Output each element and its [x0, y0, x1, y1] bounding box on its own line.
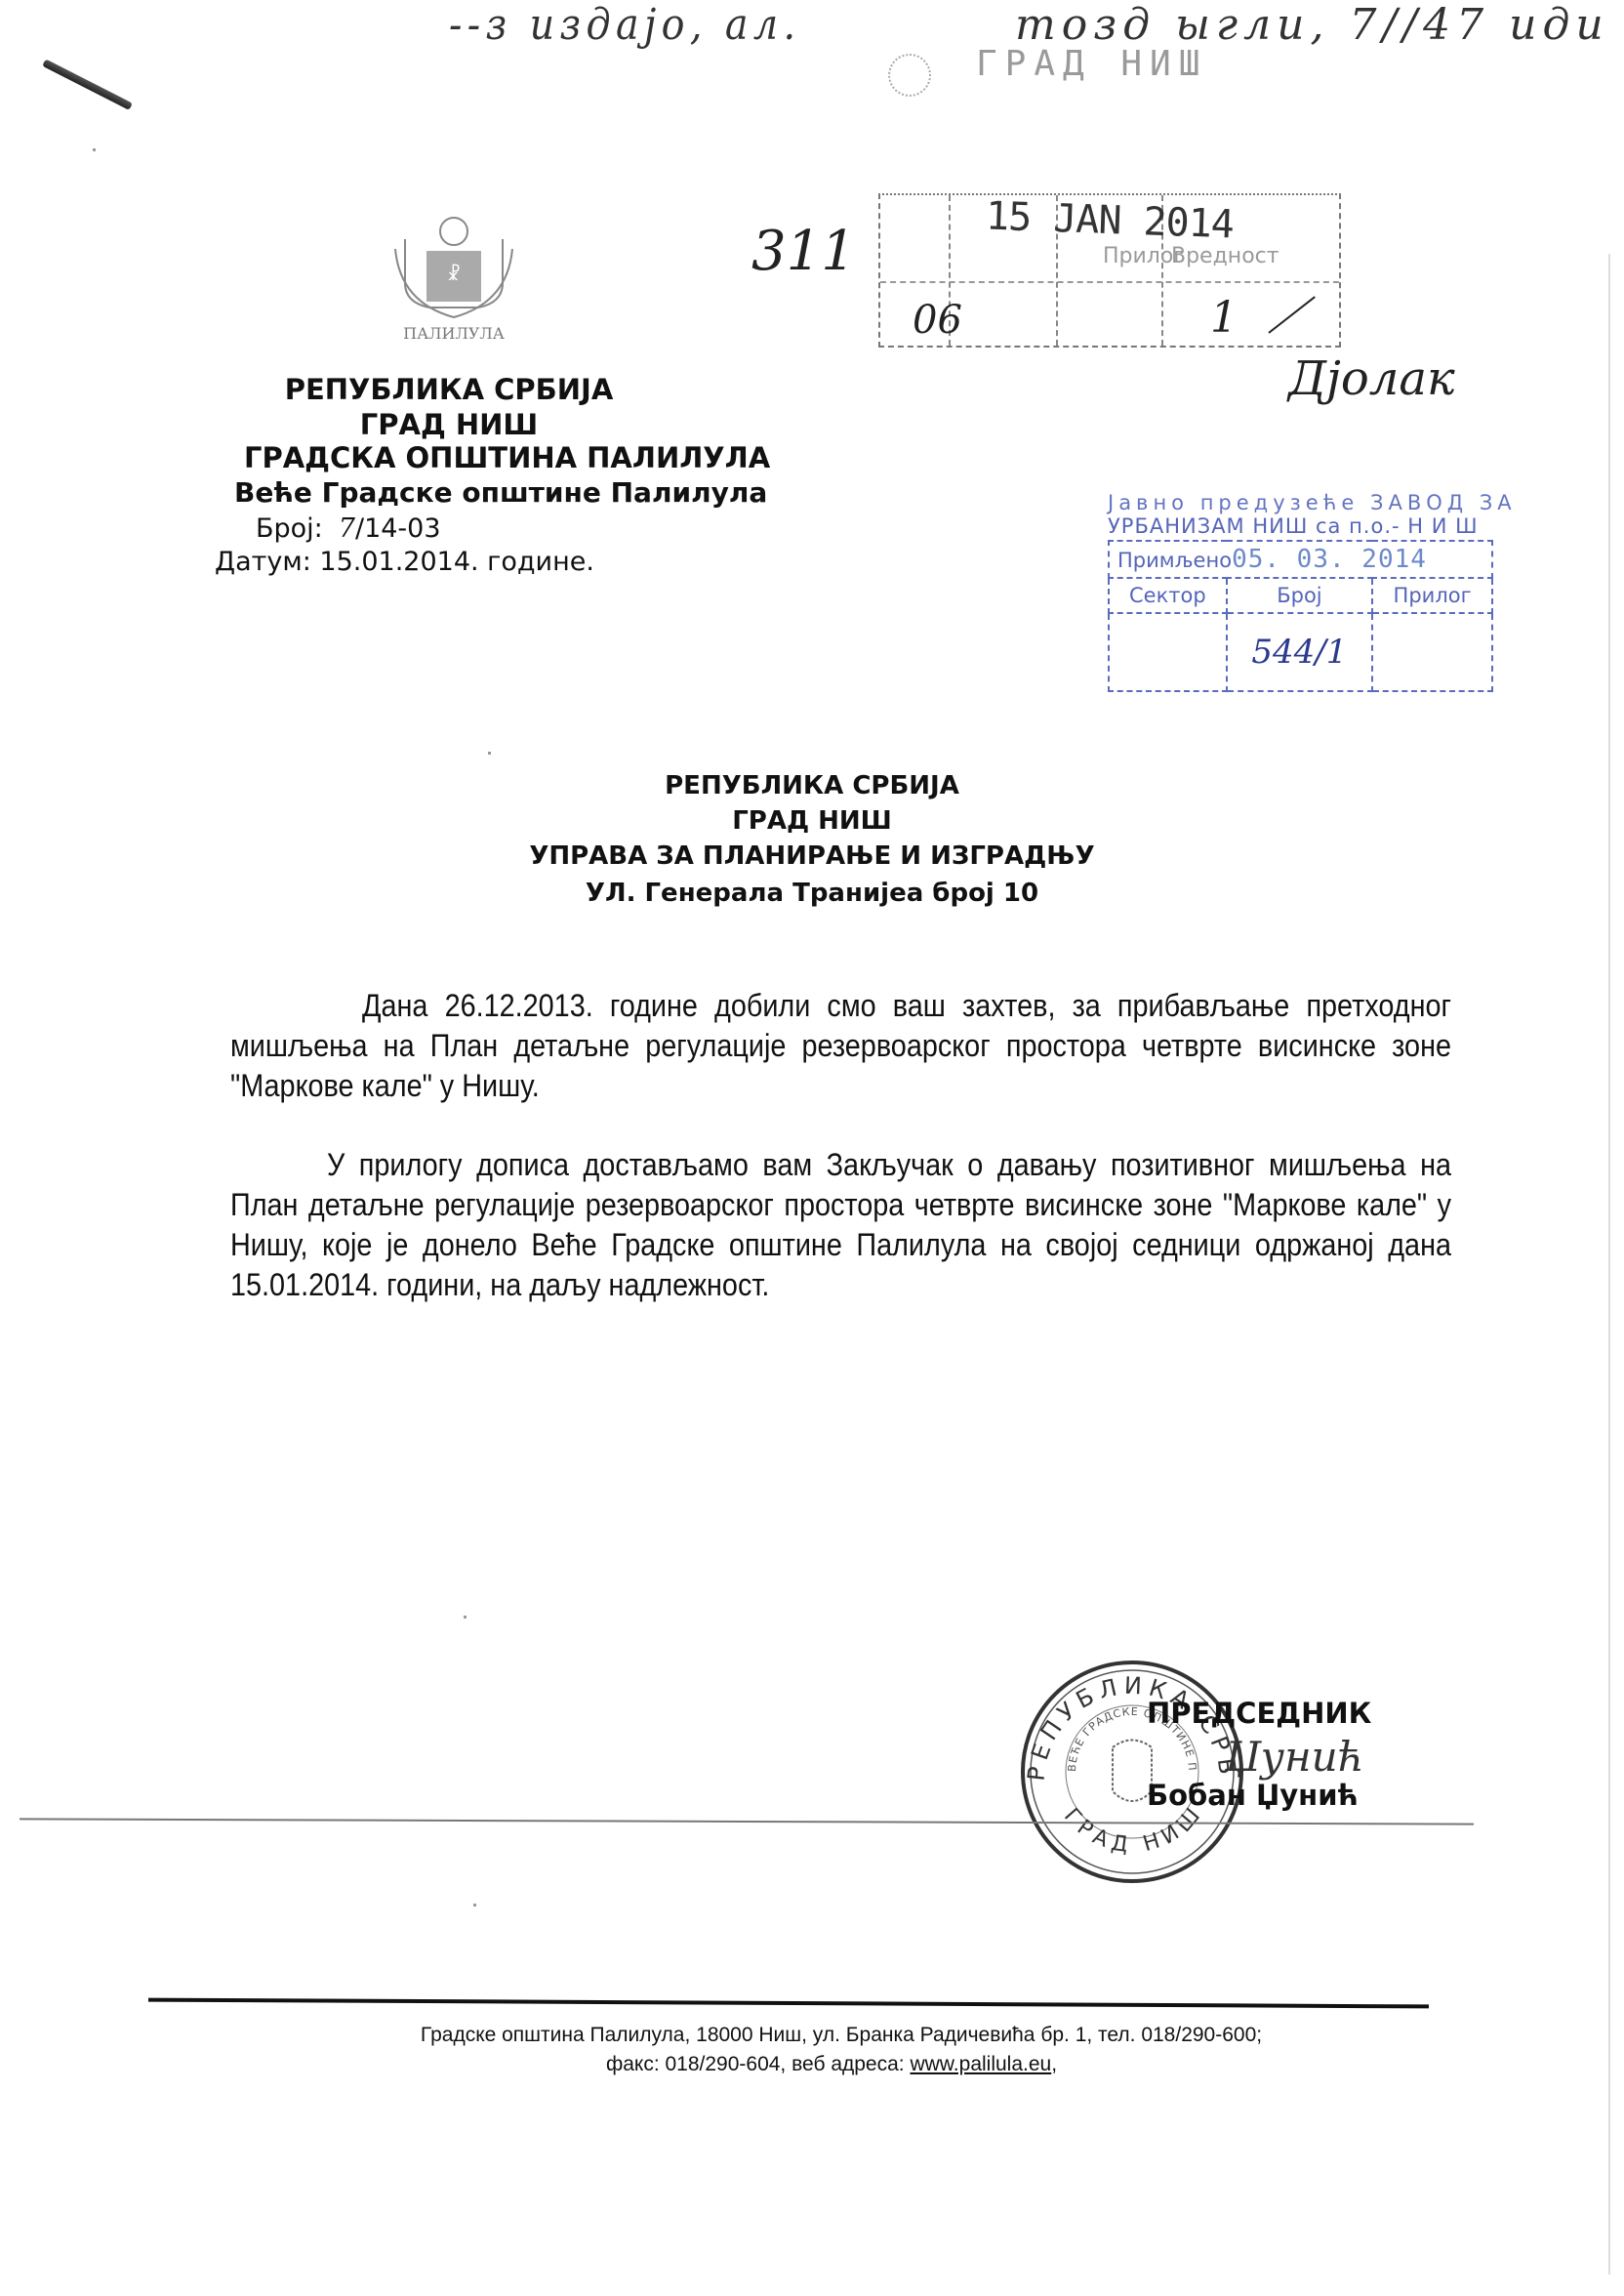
received-stamp-table: Примљено05. 03. 2014 Сектор Број Прилог …: [1108, 540, 1493, 692]
staple-mark: [42, 59, 133, 110]
document-number-label: Број:: [256, 513, 323, 544]
received-attachment-value: [1372, 613, 1492, 691]
registry-org-unit: 06: [913, 298, 962, 343]
registry-attachments-count: 1: [1210, 293, 1238, 343]
signatory-name: Бобан Џунић: [1147, 1779, 1359, 1812]
official-seal: РЕПУБЛИКА СРБИЈА ГРАД НИШ ВЕЋЕ ГРАДСКЕ О…: [1015, 1655, 1249, 1889]
received-col-sector: Сектор: [1109, 578, 1227, 613]
handwritten-signature: Џунић: [1225, 1733, 1364, 1781]
coat-of-arms-icon: ☧ ПАЛИЛУЛА: [376, 210, 532, 347]
footer-suffix: ,: [1051, 2053, 1057, 2075]
footer-fax: факс: 018/290-604, веб адреса:: [606, 2053, 911, 2075]
scan-speck: [488, 752, 491, 755]
svg-text:ПАЛИЛУЛА: ПАЛИЛУЛА: [403, 324, 505, 343]
seal-icon: РЕПУБЛИКА СРБИЈА ГРАД НИШ ВЕЋЕ ГРАДСКЕ О…: [1015, 1655, 1249, 1889]
recipient-country: РЕПУБЛИКА СРБИЈА: [0, 771, 1624, 800]
recipient-address: УЛ. Генерала Транијеа број 10: [0, 879, 1624, 908]
issuer-country: РЕПУБЛИКА СРБИЈА: [273, 373, 625, 406]
received-sector-value: [1109, 613, 1227, 691]
registry-col-value: Вредност: [1171, 244, 1279, 268]
page-edge: [1608, 254, 1610, 2275]
recipient-department: УПРАВА ЗА ПЛАНИРАЊЕ И ИЗГРАДЊУ: [0, 841, 1624, 871]
body-paragraph-1: Дана 26.12.2013. године добили смо ваш з…: [230, 986, 1451, 1106]
divider-line: [20, 1818, 1474, 1824]
footer-website-link[interactable]: www.palilula.eu: [910, 2053, 1051, 2075]
document-number: Број:7/14-03: [256, 513, 441, 544]
handwritten-note-right: тозд ыгли, 7//47 иди: [1015, 0, 1609, 50]
scan-speck: [93, 148, 96, 151]
scan-speck: [464, 1616, 467, 1619]
document-number-handwritten: 7: [339, 513, 355, 544]
footer-divider: [148, 1998, 1429, 2009]
signatory-title: ПРЕДСЕДНИК: [1147, 1697, 1371, 1730]
handwritten-initials: Дјолак: [1288, 351, 1455, 406]
svg-text:☧: ☧: [447, 264, 461, 285]
registry-stamp-header: ГРАД НИШ: [976, 44, 1207, 84]
document-number-value: /14-03: [355, 513, 441, 544]
received-label: Примљено: [1117, 549, 1232, 572]
received-date: 05. 03. 2014: [1232, 545, 1427, 574]
archive-number: 311: [751, 220, 856, 283]
registry-stamp-date: 15 JAN 2014: [985, 194, 1234, 248]
coat-of-arms: ☧ ПАЛИЛУЛА: [376, 210, 532, 347]
document-date-label: Датум:: [215, 547, 311, 577]
footer-address: Градске општина Палилула, 18000 Ниш, ул.…: [29, 2024, 1624, 2047]
document-date: Датум: 15.01.2014. године.: [215, 547, 594, 577]
received-stamp-org-line2: УРБАНИЗАМ НИШ са п.о.- Н И Ш: [1108, 514, 1493, 538]
scan-speck: [473, 1904, 476, 1906]
footer-contact: факс: 018/290-604, веб адреса: www.palil…: [20, 2053, 1624, 2076]
received-date-cell: Примљено05. 03. 2014: [1109, 541, 1492, 578]
received-stamp: Јавно предузеће ЗАВОД ЗА УРБАНИЗАМ НИШ с…: [1108, 491, 1493, 692]
recipient-city: ГРАД НИШ: [0, 806, 1624, 836]
handwritten-note-left: --з издајо, ал.: [449, 0, 800, 50]
received-stamp-org-line1: Јавно предузеће ЗАВОД ЗА: [1108, 491, 1493, 514]
issuer-council: Веће Градске општине Палилула: [234, 476, 761, 509]
registry-stamp-crest-icon: [888, 54, 931, 97]
body-paragraph-2: У прилогу дописа достављамо вам Закључак…: [230, 1145, 1451, 1305]
issuer-municipality: ГРАДСКА ОПШТИНА ПАЛИЛУЛА: [244, 441, 761, 474]
received-number-value: 544/1: [1227, 613, 1373, 691]
received-col-attachment: Прилог: [1372, 578, 1492, 613]
issuer-city: ГРАД НИШ: [273, 408, 625, 441]
document-date-value: 15.01.2014. године.: [319, 547, 594, 577]
received-col-number: Број: [1227, 578, 1373, 613]
